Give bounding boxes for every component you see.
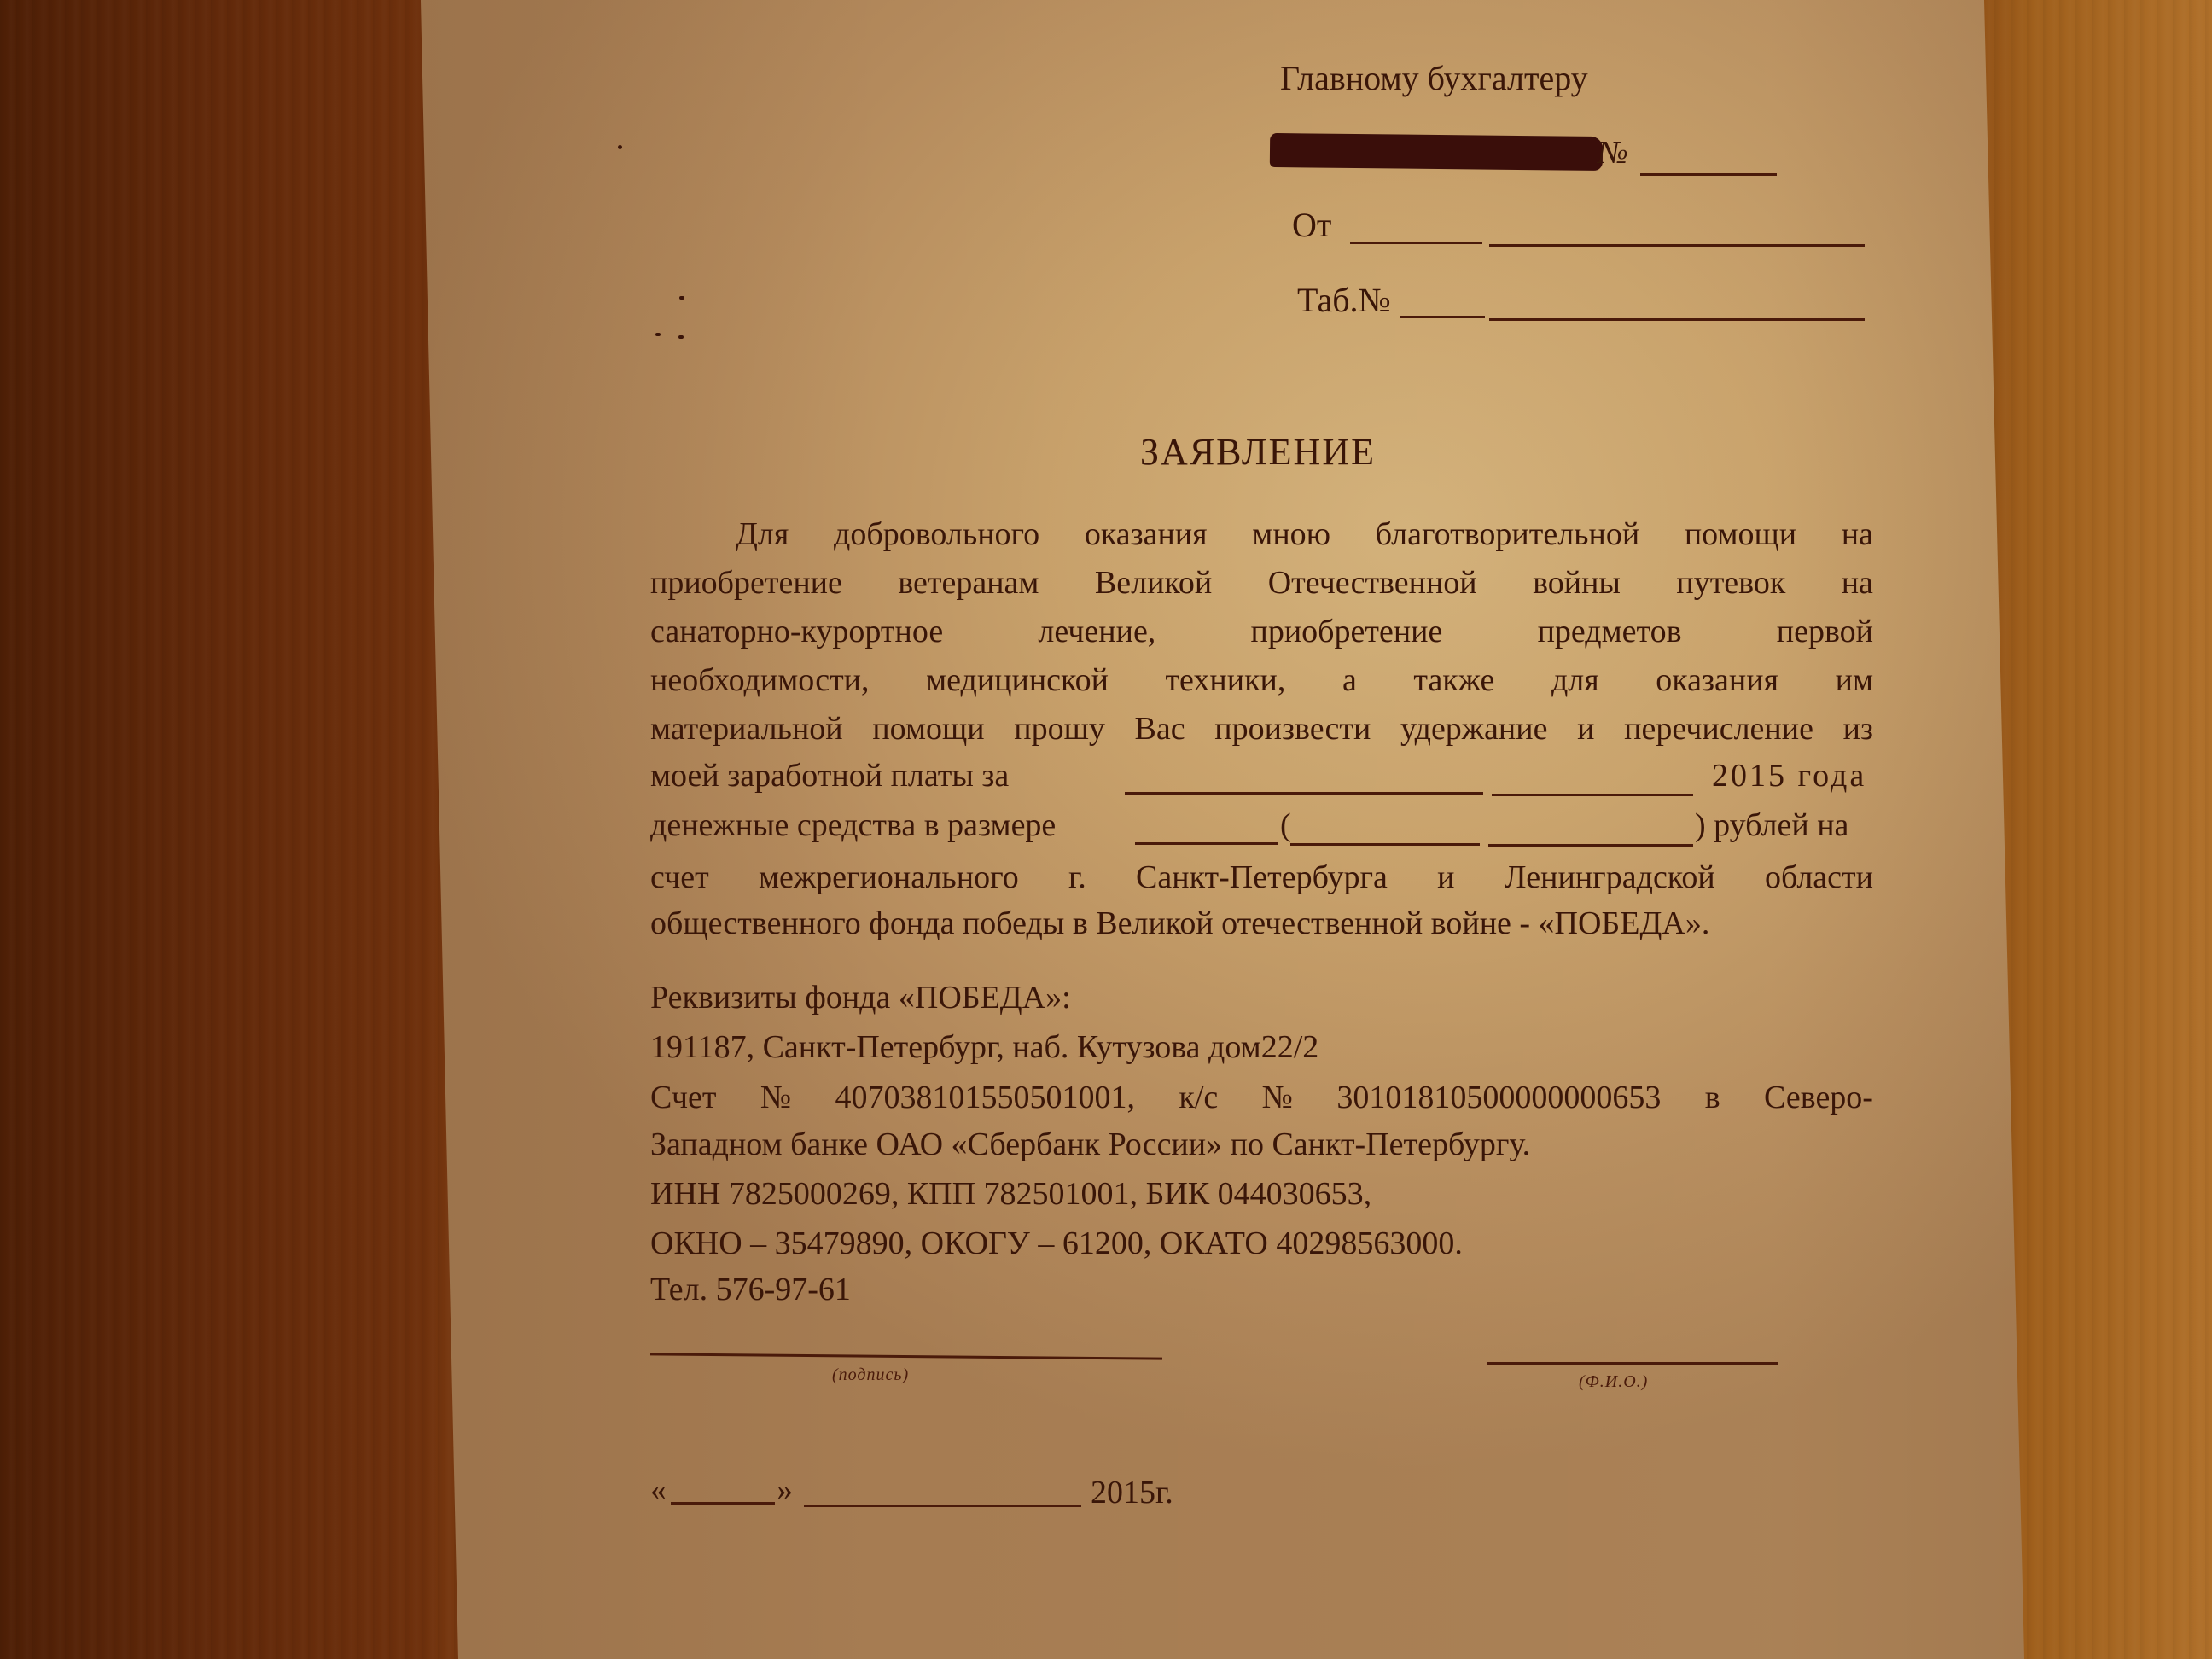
body-word: мною	[1252, 515, 1330, 553]
tab-number-field-line-1[interactable]	[1400, 316, 1485, 318]
body-word: на	[1842, 564, 1873, 602]
body-word: санаторно-курортное	[650, 613, 943, 650]
amount-suffix: ) рублей на	[1695, 809, 1848, 841]
period-extra-field[interactable]	[1492, 794, 1693, 796]
body-word: техники,	[1165, 661, 1285, 699]
name-caption: (Ф.И.О.)	[1579, 1372, 1648, 1392]
toner-speck	[618, 145, 622, 149]
body-word: материальной	[650, 710, 843, 748]
phone-line: Тел. 576-97-61	[650, 1273, 851, 1306]
body-word: оказания	[1085, 515, 1208, 553]
body-line-9: общественного фонда победы в Великой оте…	[650, 907, 1709, 940]
amount-prefix: денежные средства в размере	[650, 809, 1056, 841]
body-word: приобретение	[1251, 613, 1443, 650]
account-word: 30101810500000000653	[1336, 1079, 1661, 1116]
body-word: и	[1577, 710, 1594, 748]
tab-number-field-line-2[interactable]	[1489, 318, 1865, 321]
body-word: удержание	[1400, 710, 1547, 748]
body-word: и	[1437, 859, 1454, 896]
requisites-heading: Реквизиты фонда «ПОБЕДА»:	[650, 981, 1071, 1014]
body-line-2: приобретениеветеранамВеликойОтечественно…	[650, 564, 1873, 602]
body-word: перечисление	[1624, 710, 1813, 748]
amount-words-field-2[interactable]	[1488, 844, 1693, 847]
signature-caption: (подпись)	[832, 1365, 909, 1385]
period-month-field[interactable]	[1125, 792, 1483, 795]
period-prefix: моей заработной платы за	[650, 760, 1009, 792]
bank-line: Западном банке ОАО «Сбербанк России» по …	[650, 1128, 1530, 1161]
body-word: Отечественной	[1268, 564, 1477, 602]
body-word: для	[1551, 661, 1599, 699]
account-word: Северо-	[1764, 1079, 1873, 1116]
addressee-label: Главному бухгалтеру	[1280, 61, 1588, 96]
body-word: прошу	[1014, 710, 1105, 748]
tab-number-label: Таб.№	[1297, 283, 1391, 317]
body-word: благотворительной	[1376, 515, 1639, 553]
account-word: к/с	[1179, 1079, 1218, 1116]
body-word: Вас	[1135, 710, 1185, 748]
account-word: в	[1705, 1079, 1720, 1116]
body-word: первой	[1777, 613, 1873, 650]
name-field-line[interactable]	[1487, 1362, 1778, 1365]
toner-speck	[678, 335, 684, 339]
body-word: межрегионального	[759, 859, 1019, 896]
body-word: войны	[1533, 564, 1621, 602]
number-field-line[interactable]	[1640, 173, 1777, 176]
body-word: также	[1413, 661, 1494, 699]
amount-words-field-1[interactable]	[1290, 843, 1480, 846]
fund-address: 191187, Санкт-Петербург, наб. Кутузова д…	[650, 1031, 1318, 1063]
date-day-field[interactable]	[671, 1502, 775, 1505]
date-month-field[interactable]	[804, 1505, 1081, 1507]
body-line-1: Длядобровольногооказаниямноюблаготворите…	[736, 515, 1873, 553]
account-word: №	[1262, 1079, 1293, 1116]
body-word: г.	[1068, 859, 1086, 896]
body-word: помощи	[872, 710, 984, 748]
body-word: счет	[650, 859, 709, 896]
body-word: путевок	[1676, 564, 1785, 602]
from-field-line-2[interactable]	[1489, 244, 1865, 247]
body-word: произвести	[1214, 710, 1371, 748]
body-line-4: необходимости,медицинскойтехники,атакжед…	[650, 661, 1873, 699]
body-line-5: материальнойпомощипрошуВаспроизвестиудер…	[650, 710, 1873, 748]
document-title: ЗАЯВЛЕНИЕ	[1140, 434, 1376, 471]
body-word: области	[1765, 859, 1873, 896]
body-word: из	[1843, 710, 1873, 748]
body-word: добровольного	[834, 515, 1039, 553]
codes-line: ОКНО – 35479890, ОКОГУ – 61200, ОКАТО 40…	[650, 1227, 1463, 1260]
body-word: им	[1836, 661, 1873, 699]
body-word: необходимости,	[650, 661, 870, 699]
date-close-quote: »	[777, 1474, 793, 1506]
body-word: Санкт-Петербурга	[1136, 859, 1388, 896]
body-word: помощи	[1685, 515, 1796, 553]
body-word: медицинской	[926, 661, 1109, 699]
date-open-quote: «	[650, 1474, 667, 1506]
number-sign: №	[1598, 137, 1628, 169]
body-word: лечение,	[1038, 613, 1155, 650]
body-word: оказания	[1656, 661, 1778, 699]
from-field-line-1[interactable]	[1350, 242, 1482, 244]
redaction-mark	[1270, 133, 1603, 171]
amount-digits-field[interactable]	[1135, 842, 1278, 845]
body-word: предметов	[1538, 613, 1682, 650]
toner-speck	[679, 296, 684, 300]
body-line-8: счетмежрегиональногог.Санкт-ПетербургаиЛ…	[650, 859, 1873, 896]
body-word: Великой	[1095, 564, 1212, 602]
account-word: Счет	[650, 1079, 716, 1116]
body-word: на	[1842, 515, 1873, 553]
inn-kpp-bik-line: ИНН 7825000269, КПП 782501001, БИК 04403…	[650, 1178, 1371, 1210]
account-line: Счет№407038101550501001,к/с№301018105000…	[650, 1079, 1873, 1116]
body-word: Для	[736, 515, 789, 553]
toner-speck	[655, 333, 661, 336]
body-word: приобретение	[650, 564, 842, 602]
from-label: От	[1292, 208, 1331, 242]
body-word: а	[1342, 661, 1357, 699]
body-word: Ленинградской	[1505, 859, 1715, 896]
body-line-3: санаторно-курортноелечение,приобретениеп…	[650, 613, 1873, 650]
account-word: №	[760, 1079, 791, 1116]
period-year: 2015 года	[1712, 760, 1866, 792]
date-year: 2015г.	[1091, 1476, 1173, 1509]
body-word: ветеранам	[898, 564, 1039, 602]
paper-sheet	[0, 0, 2212, 1659]
account-word: 407038101550501001,	[835, 1079, 1135, 1116]
amount-open-paren: (	[1280, 809, 1291, 841]
